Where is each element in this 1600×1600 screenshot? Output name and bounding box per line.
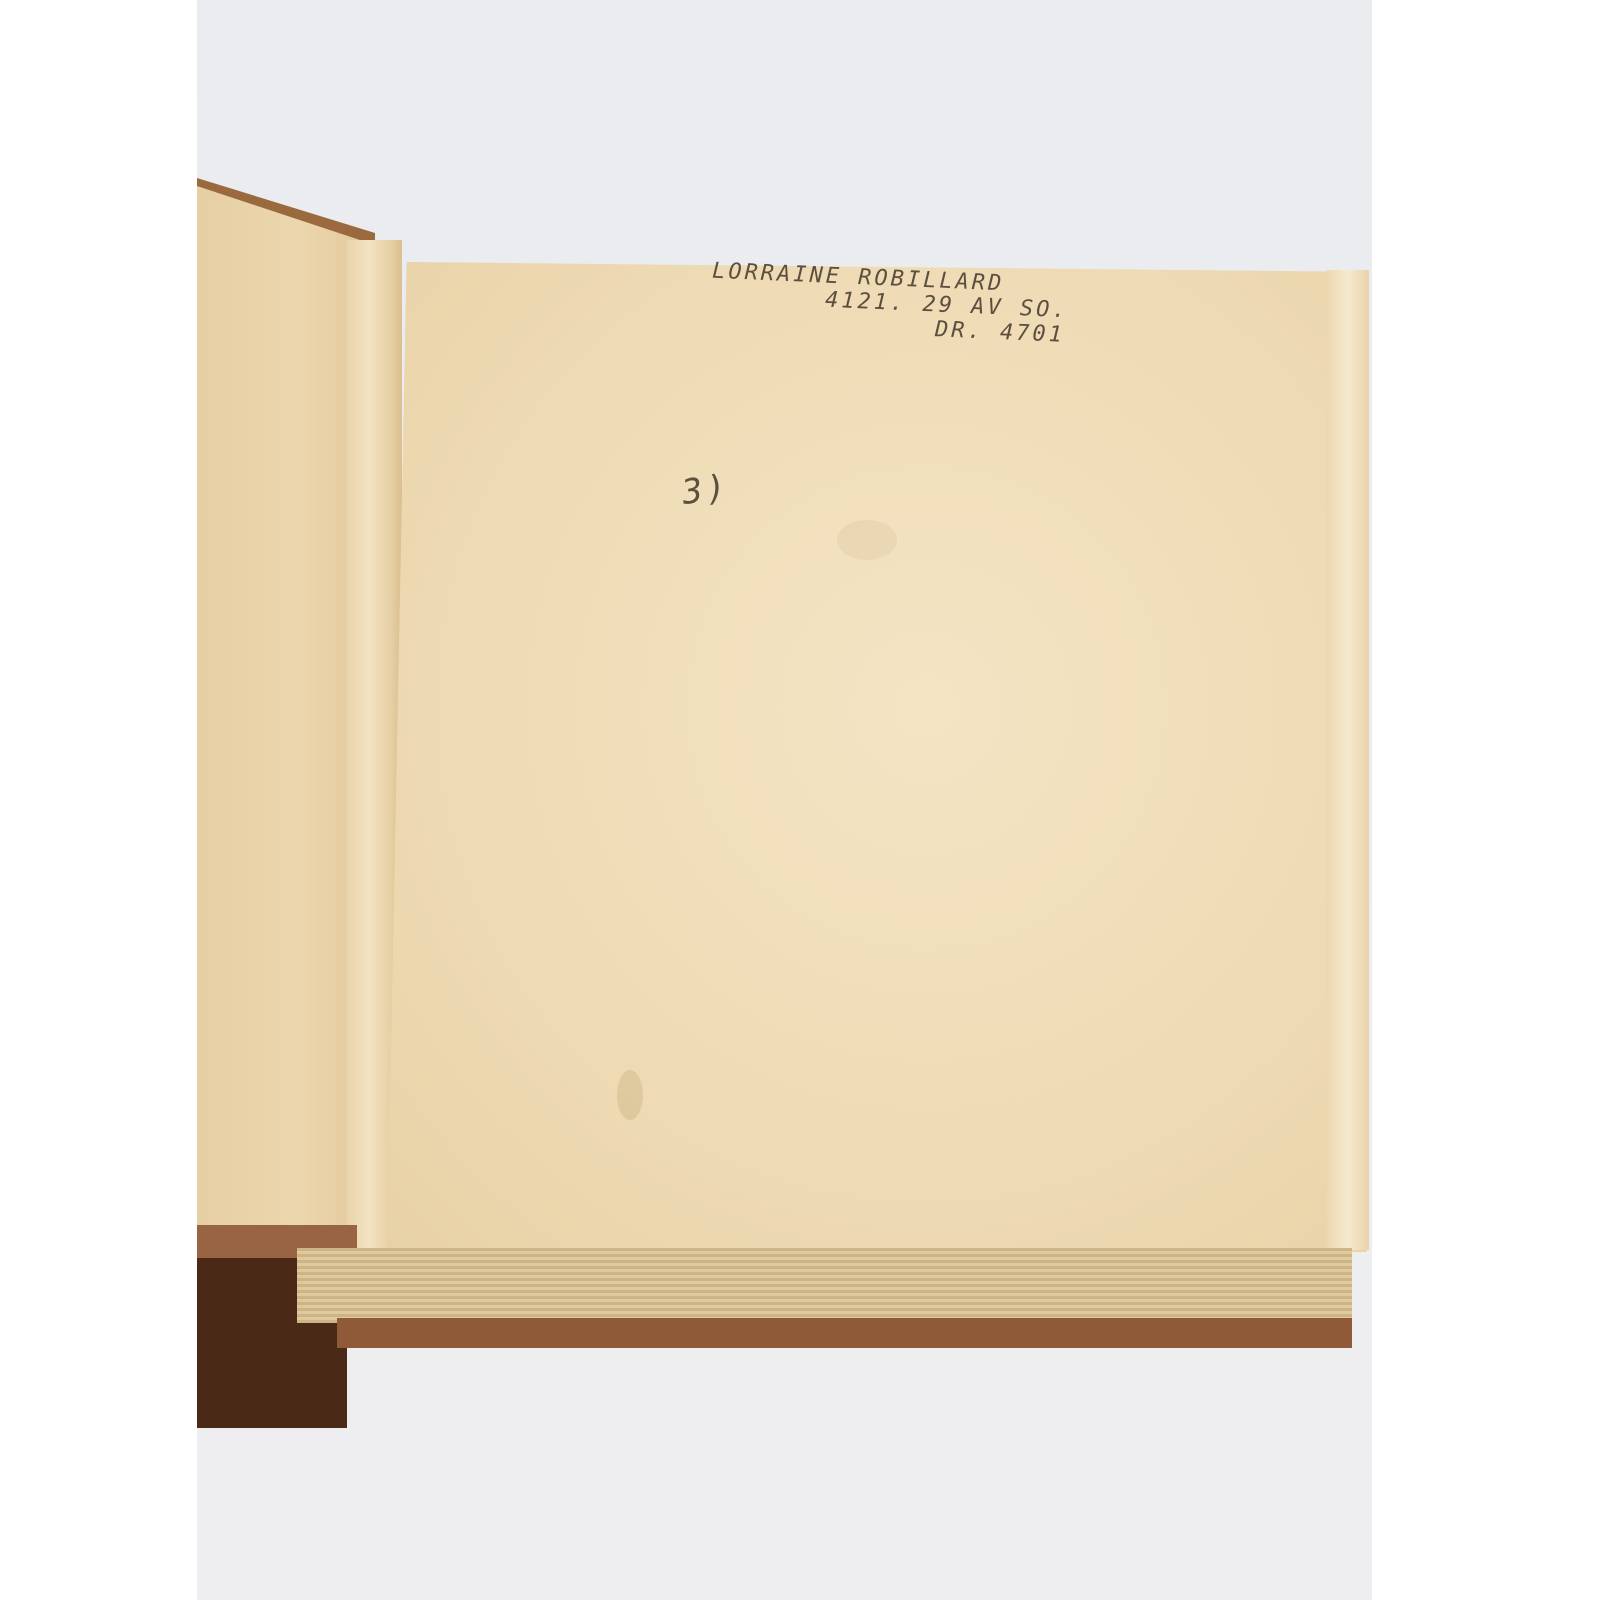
bottom-cover-board: [337, 1318, 1352, 1348]
left-endpaper: [197, 186, 372, 1246]
foxing-stain: [837, 520, 897, 560]
page-block-edges: [297, 1248, 1352, 1323]
book-photo: LORRAINE ROBILLARD 4121. 29 AV SO. DR. 4…: [197, 0, 1372, 1600]
pencil-mark: 3): [679, 467, 731, 513]
page-fore-edge: [1327, 270, 1369, 1250]
foxing-stain: [617, 1070, 643, 1120]
right-endpaper: [387, 262, 1367, 1252]
